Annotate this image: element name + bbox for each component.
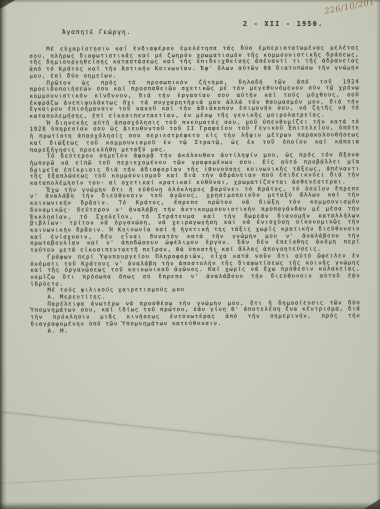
letter-date: 2 - XII - 1950.: [243, 20, 324, 28]
postscript-paragraph: Παρέλειψα ἀνωτέρω νά προσθέσω τήν γνώμην…: [30, 300, 360, 328]
body-paragraph-4: Τό δεύτερον σημεῖον ἀφορᾷ τήν ἀκόλουθον …: [30, 153, 360, 188]
scan-corner-bottom-right: [364, 499, 380, 509]
body-paragraph-2: Πρῶτον ὡς πρός τό προσωπικόν ζήτημα, δηλ…: [30, 79, 360, 121]
scan-edge-left: [0, 0, 7, 509]
body-paragraph-3: Ἡ διηνεκής αὐτή ἀπασχόλησις τοῦ πνεύματό…: [30, 119, 360, 154]
body-paragraph-1: Μέ εὐχαρίστησιν καί ἐνδιαφέρον ἐμελέτησα…: [29, 45, 359, 80]
body-paragraph-5: Ἔχω τήν γνώμην ὅτι ἡ εὐθύνη ὁλόκληρος βα…: [30, 186, 360, 254]
letter-body: Μέ εὐχαρίστησιν καί ἐνδιαφέρον ἐμελέτησα…: [29, 45, 360, 335]
paper-crease: [0, 409, 380, 459]
scan-edge-top: [0, 0, 380, 3]
scan-edge-right: [376, 0, 380, 509]
scanned-letter-page: 226/10/201 2 - XII - 1950. Ἀγαπητέ Γεώργ…: [0, 0, 380, 509]
paper-crease: [0, 460, 380, 484]
scan-corner-top-left: [0, 0, 15, 9]
body-paragraph-6: Γράφων περί Ὑφυπουργείου Πληροφοριῶν, εἶ…: [30, 253, 360, 288]
scan-edge-bottom: [0, 502, 380, 509]
letter-salutation: Ἀγαπητέ Γεώργη.: [62, 29, 131, 36]
